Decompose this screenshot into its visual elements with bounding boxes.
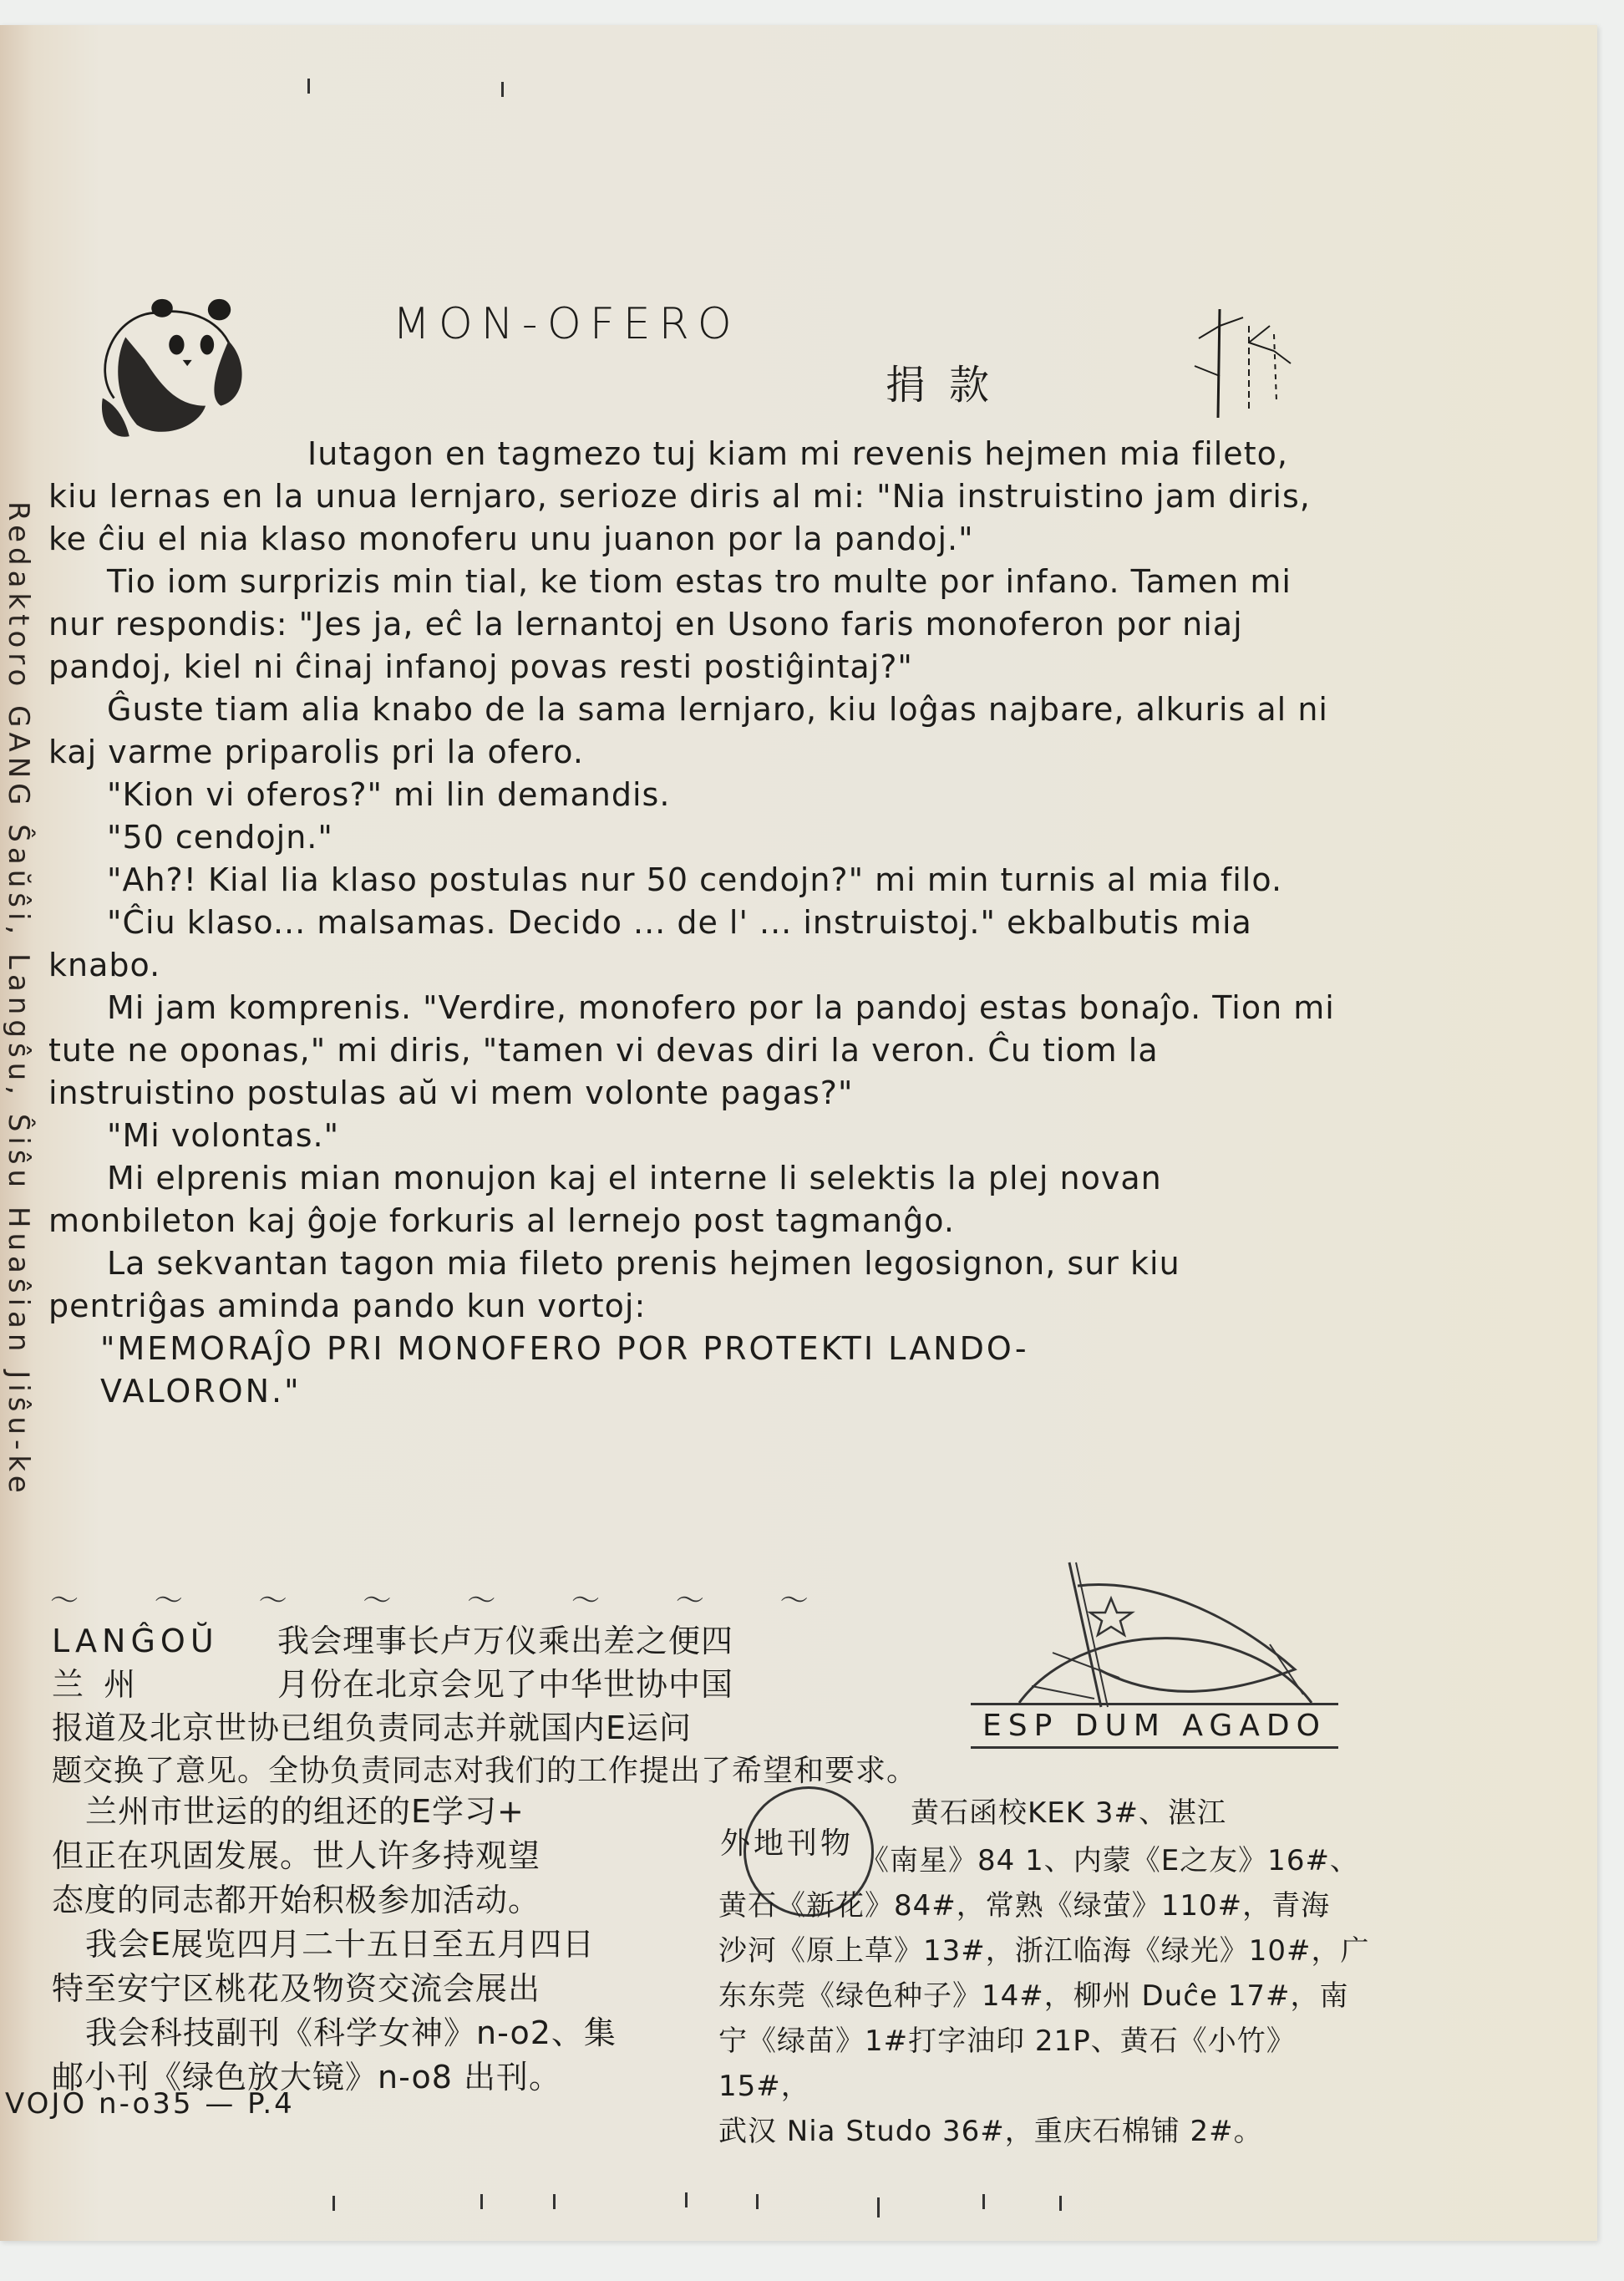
article-paragraph: "Kion vi oferos?" mi lin demandis. bbox=[48, 774, 1335, 816]
news-block-continued: 兰州市世运的的组还的E学习+ 但正在巩固发展。世人许多持观望 态度的同志都开始积… bbox=[52, 1790, 720, 2100]
bookmark-quote-line: VALORON." bbox=[48, 1370, 1335, 1413]
article-paragraph: "Ĉiu klaso... malsamas. Decido ... de l'… bbox=[48, 902, 1335, 987]
logo-label: ESP DUM AGADO bbox=[971, 1703, 1338, 1749]
wave-divider: 〜 〜 〜 〜 〜 〜 〜 〜 bbox=[50, 1577, 842, 1618]
binding-mark bbox=[480, 2194, 483, 2209]
news-line: 我会理事长卢万仪乘出差之便四 bbox=[277, 1623, 733, 1659]
bookmark-quote-line: "MEMORAĴO PRI MONOFERO POR PROTEKTI LAND… bbox=[48, 1328, 1335, 1370]
binding-mark bbox=[756, 2194, 759, 2209]
exchange-line: 东东莞《绿色种子》14#，柳州 Duĉe 17#，南 bbox=[718, 1974, 1387, 2019]
news-block: LANĜOŬ我会理事长卢万仪乘出差之便四 兰 州月份在北京会见了中华世协中国 报… bbox=[52, 1619, 921, 1793]
article-paragraph: "Mi volontas." bbox=[48, 1115, 1335, 1157]
news-line: 我会科技副刊《科学女神》n-o2、集 bbox=[52, 2011, 720, 2055]
news-line: 态度的同志都开始积极参加活动。 bbox=[52, 1878, 720, 1923]
page-footer: VOJO n-o35 — P.4 bbox=[5, 2087, 295, 2121]
news-line: 月份在北京会见了中华世协中国 bbox=[277, 1666, 733, 1703]
news-line: 报道及北京世协已组负责同志并就国内E运问 bbox=[52, 1706, 921, 1750]
binding-mark bbox=[1059, 2196, 1062, 2211]
page-title: MON-OFERO bbox=[393, 299, 740, 349]
news-line: 题交换了意见。全协负责同志对我们的工作提出了希望和要求。 bbox=[52, 1750, 921, 1793]
binding-mark bbox=[877, 2197, 880, 2217]
article-paragraph: "Ah?! Kial lia klaso postulas nur 50 cen… bbox=[48, 859, 1335, 902]
exchange-line: 武汉 Nia Studo 36#，重庆石棉铺 2#。 bbox=[718, 2109, 1387, 2154]
binding-mark bbox=[332, 2196, 335, 2211]
exchange-list: 《南星》84 1、内蒙《E之友》16#、 黄石《新花》84#，常熟《绿萤》110… bbox=[718, 1883, 1387, 2154]
news-line: 但正在巩固发展。世人许多持观望 bbox=[52, 1834, 720, 1878]
binding-mark bbox=[685, 2192, 688, 2207]
news-line: 特至安宁区桃花及物资交流会展出 bbox=[52, 1967, 720, 2011]
article-paragraph: Mi elprenis mian monujon kaj el interne … bbox=[48, 1157, 1335, 1242]
binding-mark bbox=[307, 79, 310, 94]
exchange-line: 宁《绿苗》1#打字油印 21P、黄石《小竹》15#， bbox=[718, 2019, 1387, 2109]
binding-mark bbox=[982, 2194, 985, 2209]
article-paragraph: La sekvantan tagon mia fileto prenis hej… bbox=[48, 1242, 1335, 1328]
bamboo-icon bbox=[1186, 301, 1312, 426]
news-line: 我会E展览四月二十五日至五月四日 bbox=[52, 1923, 720, 1967]
article-paragraph: Mi jam komprenis. "Verdire, monofero por… bbox=[48, 987, 1335, 1115]
document-page: Redaktoro GANG Ŝaŭŝi, Langŝu, Ŝiŝu Huaŝi… bbox=[0, 25, 1597, 2241]
side-credit: Redaktoro GANG Ŝaŭŝi, Langŝu, Ŝiŝu Huaŝi… bbox=[2, 501, 35, 1498]
article-paragraph: Tio iom surprizis min tial, ke tiom esta… bbox=[48, 561, 1335, 688]
page-title-chinese: 捐款 bbox=[886, 353, 1012, 410]
exchange-line: 黄石《新花》84#，常熟《绿萤》110#，青海 bbox=[718, 1883, 1387, 1928]
article-body: Iutagon en tagmezo tuj kiam mi revenis h… bbox=[48, 433, 1335, 1413]
exchange-first-line: 黄石函校KEK 3#、湛江 bbox=[911, 1790, 1378, 1836]
news-place-chinese: 兰 州 bbox=[52, 1663, 277, 1706]
binding-mark bbox=[501, 82, 504, 97]
exchange-line: 《南星》84 1、内蒙《E之友》16#、 bbox=[718, 1838, 1387, 1883]
binding-mark bbox=[553, 2194, 556, 2209]
article-paragraph: Iutagon en tagmezo tuj kiam mi revenis h… bbox=[48, 433, 1335, 561]
article-paragraph: Ĝuste tiam alia knabo de la sama lernjar… bbox=[48, 688, 1335, 774]
exchange-line: 沙河《原上草》13#，浙江临海《绿光》10#，广 bbox=[718, 1928, 1387, 1974]
news-place-latin: LANĜOŬ bbox=[52, 1619, 277, 1663]
panda-icon bbox=[84, 288, 259, 447]
news-line: 兰州市世运的的组还的E学习+ bbox=[52, 1790, 720, 1834]
article-paragraph: "50 cendojn." bbox=[48, 816, 1335, 859]
